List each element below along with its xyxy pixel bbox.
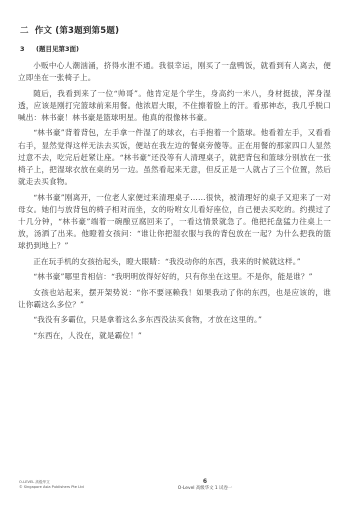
essay-paragraph: “我没有多霸位，只是拿着这么多东西没法买食物，才放在这里的。” <box>18 314 331 326</box>
document-page: 二作文 (第3题到第5题) 3(题目见第3面) 小贩中心人潮汹涌，挤得水泄不通。… <box>0 0 360 511</box>
essay-paragraph: “林书豪”哪里肯相信：“我明明放得好好的，只有你坐在这里。不是你，能是谁？” <box>18 271 331 283</box>
essay-paragraph: 女孩也站起来，摆开架势说：“你不要诬赖我！如果我动了你的东西，也是应该的，谁让你… <box>18 287 331 311</box>
question-header: 3(题目见第3面) <box>20 44 79 53</box>
footer-series: O-Level 高级华文 1 试卷一 <box>130 486 280 492</box>
essay-paragraph: 随后，我看到来了一位“帅哥”。他肯定是个学生，身高约一米八，身材挺拔，浑身湿透，… <box>18 88 331 125</box>
section-heading: 二作文 (第3题到第5题) <box>20 24 119 36</box>
essay-body: 小贩中心人潮汹涌，挤得水泄不通。我很幸运，刚买了一盘鸭饭，就看到有人离去，便立即… <box>18 60 331 345</box>
question-number: 3 <box>20 45 36 53</box>
footer-page-info: 6 O-Level 高级华文 1 试卷一 <box>130 478 280 492</box>
section-title-text: 作文 (第3题到第5题) <box>35 26 119 36</box>
essay-paragraph: “林书豪”背着背包，左手拿一件湿了的球衣，右手抱着一个篮球。他看着左手，又看看右… <box>18 127 331 188</box>
page-number: 6 <box>130 478 280 486</box>
footer-publisher: O-LEVEL 高级华文 © Singapore Asia Publishers… <box>19 480 84 490</box>
essay-paragraph: 正在玩手机的女孩抬起头，瞪大眼睛：“我没动你的东西，我来的时候就这样。” <box>18 256 331 268</box>
section-number: 二 <box>20 26 29 36</box>
essay-paragraph: 小贩中心人潮汹涌，挤得水泄不通。我很幸运，刚买了一盘鸭饭，就看到有人离去，便立即… <box>18 60 331 84</box>
essay-paragraph: “林书豪”刚离开，一位老人家便过来清理桌子……很快，被清理好的桌子又迎来了一对母… <box>18 192 331 253</box>
essay-paragraph: “东西在，人没在，就是霸位！” <box>18 330 331 342</box>
footer-copyright: © Singapore Asia Publishers Pte Ltd <box>19 485 84 490</box>
question-note: (题目见第3面) <box>36 45 79 53</box>
